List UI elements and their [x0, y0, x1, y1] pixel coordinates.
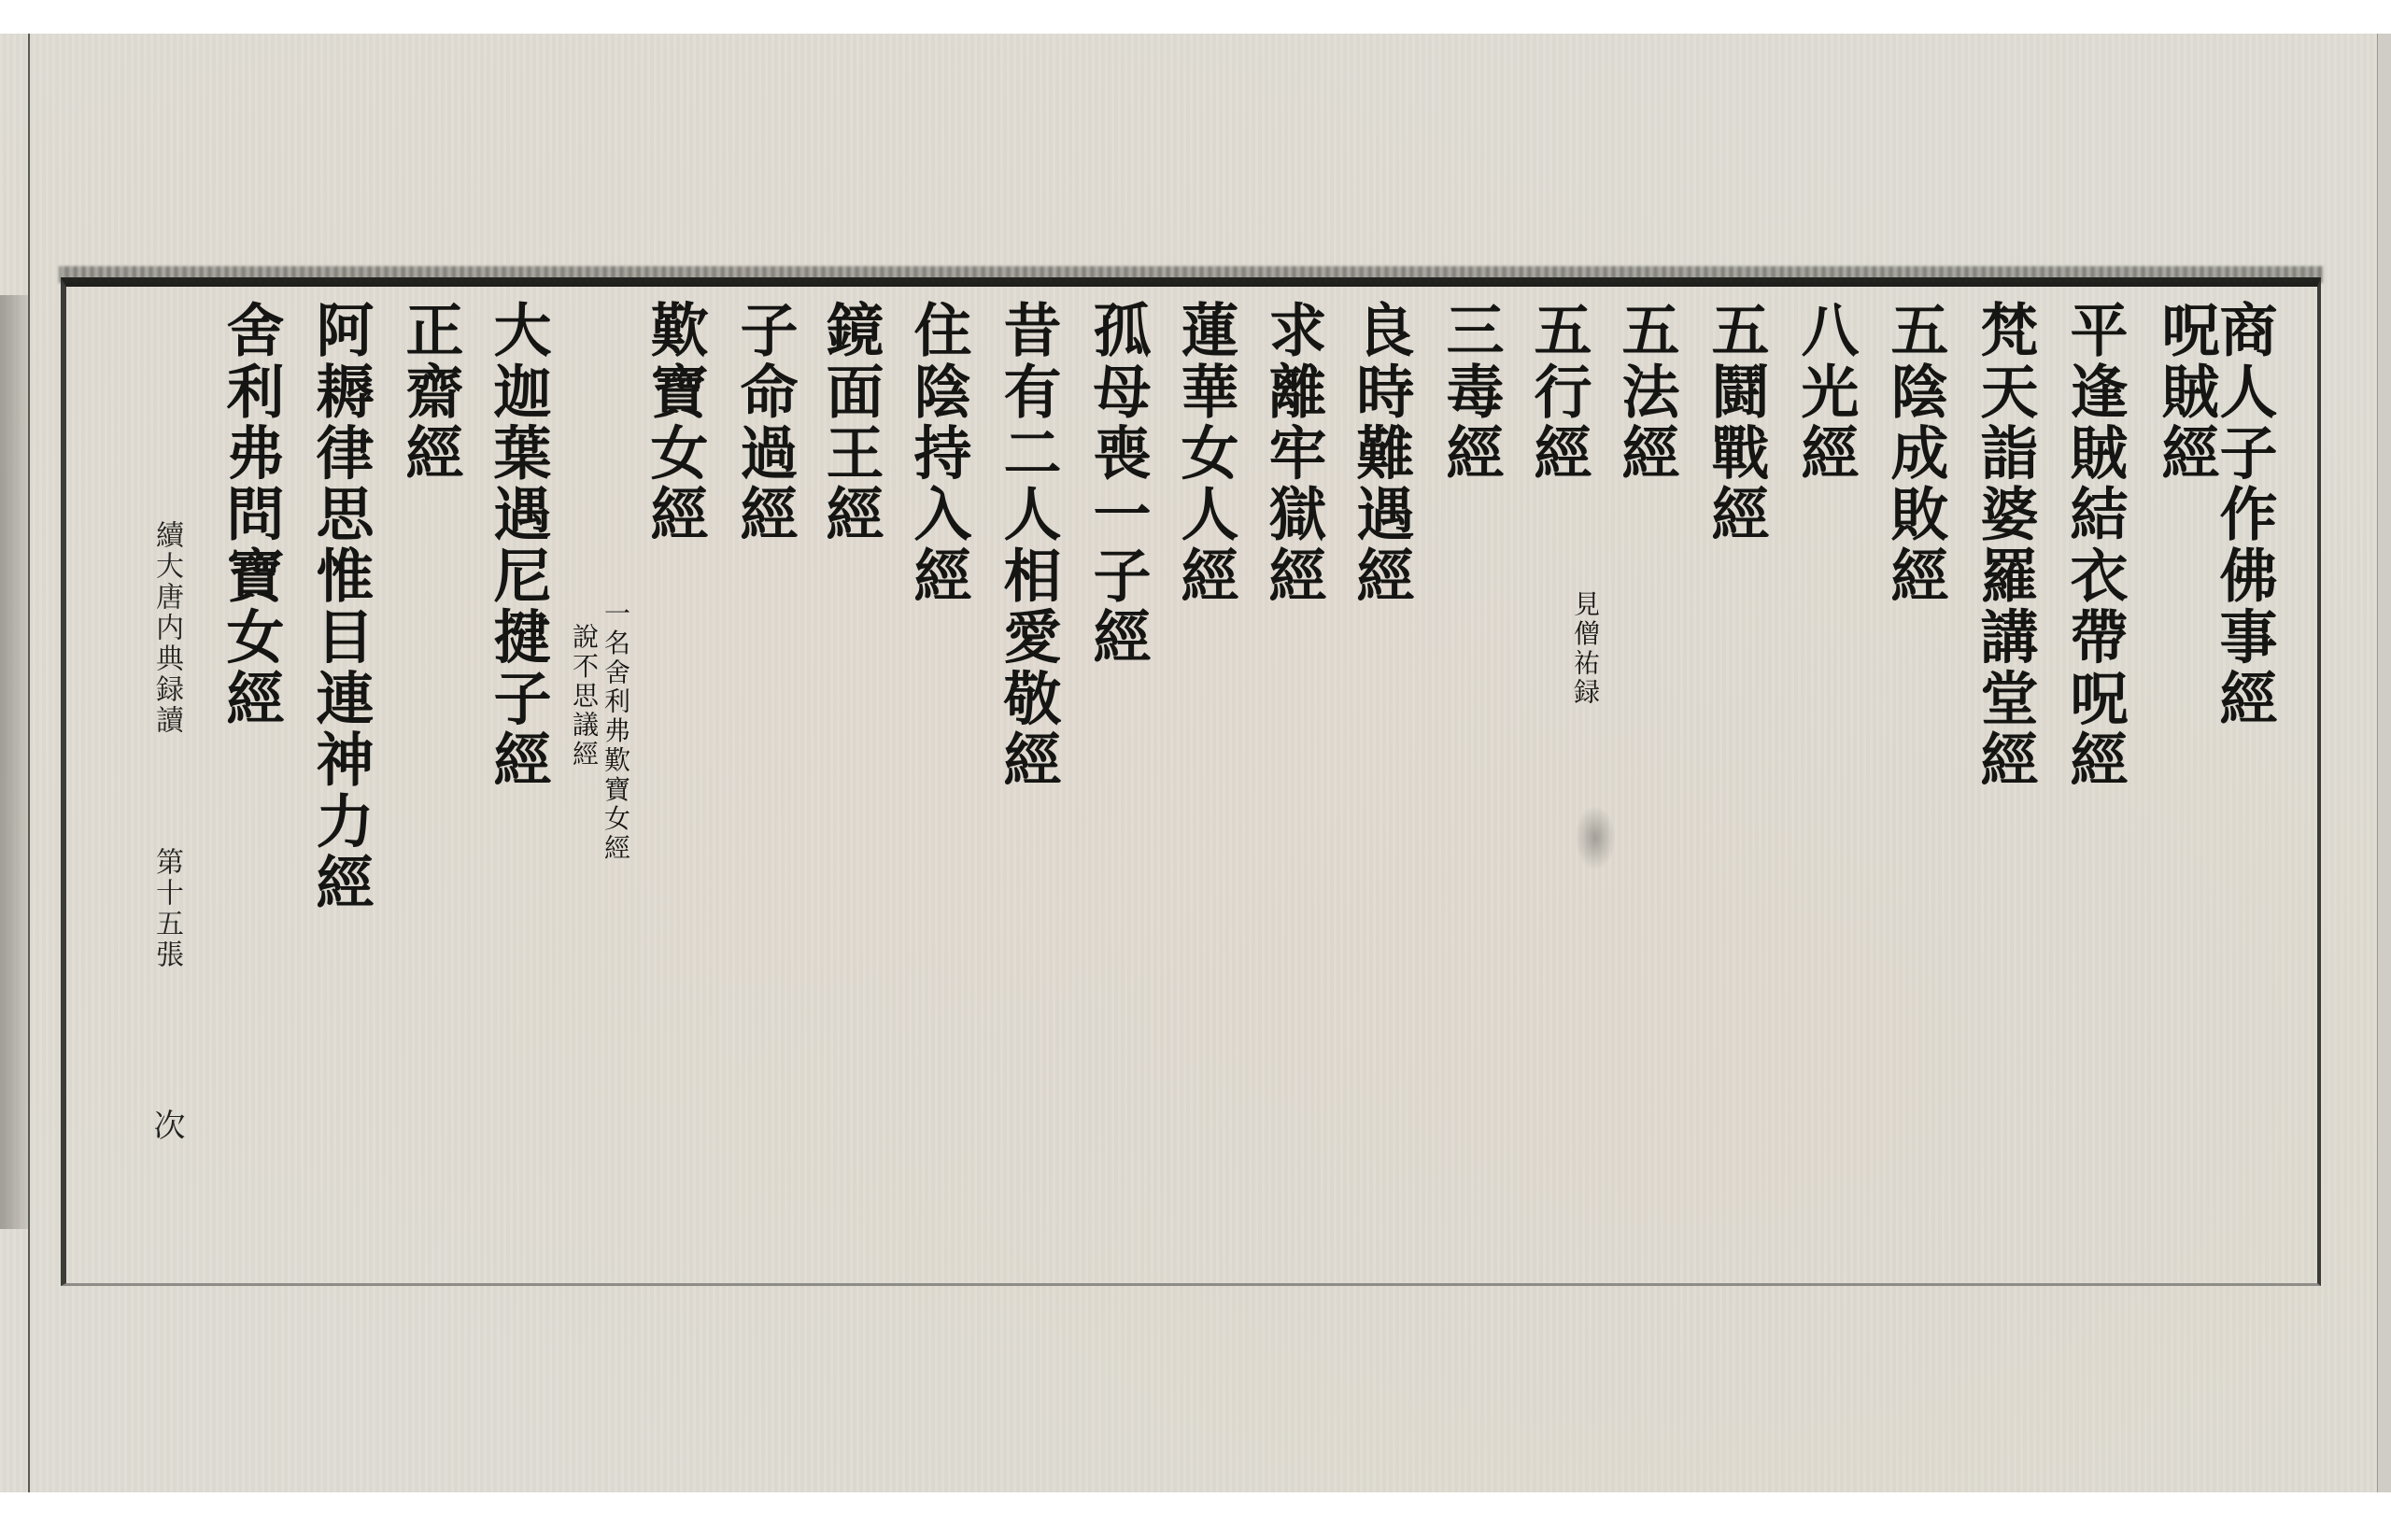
- sutra-title-column: 子命過經: [735, 300, 793, 545]
- sutra-title-column: 五鬪戰經: [1706, 300, 1764, 545]
- sutra-title-column: 阿耨律思惟目連神力經: [311, 300, 369, 913]
- sutra-title-column: 大迦葉遇尼揵子經: [488, 300, 546, 791]
- left-edge-line: [28, 34, 30, 1492]
- alias-annotation: 一名舍利弗歎寶女經: [602, 600, 629, 863]
- sutra-title-column: 商人子作佛事經: [2214, 300, 2272, 729]
- sutra-title-column: 住陰持入經: [909, 300, 967, 607]
- bottom-white-margin: [0, 1492, 2391, 1540]
- right-page-edge: [2377, 34, 2391, 1492]
- printed-frame: 商人子作佛事經 呪賊經 平逢賊結衣帶呪經 梵天詣婆羅講堂經 五陰成敗經 八光經 …: [61, 277, 2321, 1286]
- sutra-title-column: 三毒經: [1441, 300, 1499, 484]
- sutra-title-column: 五行經: [1529, 300, 1587, 484]
- sutra-title-column: 歎寶女經: [645, 300, 703, 545]
- sutra-title-column: 求離牢獄經: [1264, 300, 1322, 607]
- sutra-title-column: 五法經: [1617, 300, 1675, 484]
- text-block: 商人子作佛事經 呪賊經 平逢賊結衣帶呪經 梵天詣婆羅講堂經 五陰成敗經 八光經 …: [66, 287, 2317, 1283]
- margin-book-title: 續大唐内典録讀: [152, 520, 180, 736]
- sutra-title-column: 舍利弗問寶女經: [221, 300, 279, 729]
- carver-mark: 次: [150, 1109, 182, 1143]
- sutra-title-column: 鏡面王經: [821, 300, 879, 545]
- sutra-title-column: 蓮華女人經: [1176, 300, 1234, 607]
- left-binding-ink: [0, 295, 28, 1229]
- scanned-page: 商人子作佛事經 呪賊經 平逢賊結衣帶呪經 梵天詣婆羅講堂經 五陰成敗經 八光經 …: [0, 34, 2391, 1492]
- alias-annotation: 說不思議經: [571, 623, 597, 770]
- sutra-title-column: 八光經: [1796, 300, 1854, 484]
- sutra-title-column: 昔有二人相愛敬經: [998, 300, 1056, 791]
- source-annotation: 見僧祐録: [1572, 590, 1598, 707]
- sutra-title-column: 平逢賊結衣帶呪經: [2065, 300, 2123, 791]
- sutra-title-column: 呪賊經: [2157, 300, 2214, 484]
- sutra-title-column: 正齋經: [401, 300, 459, 484]
- margin-page-number: 第十五張: [152, 847, 180, 970]
- sutra-title-column: 五陰成敗經: [1886, 300, 1944, 607]
- top-white-margin: [0, 0, 2391, 34]
- sutra-title-column: 孤母喪一子經: [1088, 300, 1146, 668]
- ink-smudge: [1575, 805, 1616, 870]
- sutra-title-column: 良時難遇經: [1351, 300, 1409, 607]
- sutra-title-column: 梵天詣婆羅講堂經: [1975, 300, 2033, 791]
